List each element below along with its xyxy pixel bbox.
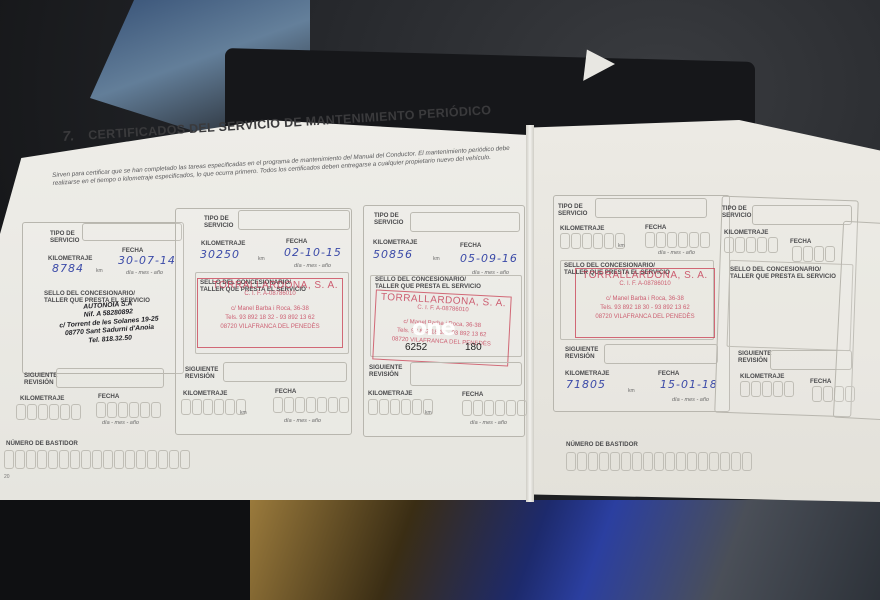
fecha-label: FECHA bbox=[645, 224, 666, 231]
km-unit: km bbox=[258, 256, 265, 262]
kilometraje-label: KILOMETRAJE bbox=[201, 240, 245, 247]
siguiente-revision-field bbox=[56, 368, 164, 388]
next-kilometraje-label: KILOMETRAJE bbox=[368, 390, 412, 397]
fecha-cells bbox=[792, 246, 835, 262]
page-number: 20 bbox=[4, 474, 10, 480]
kilometraje-cells bbox=[560, 233, 625, 249]
kilometraje-cells bbox=[724, 237, 778, 253]
next-fecha-label: FECHA bbox=[98, 393, 119, 400]
next-fecha-label: FECHA bbox=[462, 391, 483, 398]
kilometraje-value: 30250 bbox=[200, 248, 240, 261]
fecha-label: FECHA bbox=[460, 242, 481, 249]
next-kilometraje-cells bbox=[368, 399, 433, 415]
next-fecha-cells bbox=[96, 402, 161, 418]
sello-box bbox=[727, 260, 854, 351]
dealer-stamp: TORRALLARDONA, S. A. C. I. F. A-08786010… bbox=[575, 268, 715, 338]
next-kilometraje-label: KILOMETRAJE bbox=[565, 370, 609, 377]
siguiente-revision-field bbox=[410, 362, 522, 386]
next-fecha-cells bbox=[462, 400, 527, 416]
next-kilometraje-cells bbox=[740, 381, 794, 397]
siguiente-revision-field bbox=[604, 344, 718, 364]
date-format-hint: día - mes - año bbox=[658, 250, 695, 256]
tipo-servicio-field bbox=[238, 210, 350, 230]
numero-bastidor-cells bbox=[4, 450, 190, 469]
siguiente-revision-field bbox=[223, 362, 347, 382]
sello-label: SELLO DEL CONCESIONARIO/ TALLER QUE PRES… bbox=[375, 276, 481, 290]
date-format-hint: día - mes - año bbox=[284, 418, 321, 424]
kilometraje-label: KILOMETRAJE bbox=[373, 239, 417, 246]
next-kilometraje-cells bbox=[181, 399, 246, 415]
service-booklet: 7. CERTIFICADOS DEL SERVICIO DE MANTENIM… bbox=[0, 0, 880, 600]
tipo-servicio-label: TIPO DE SERVICIO bbox=[722, 205, 751, 219]
next-fecha-value: 15-01-18 bbox=[660, 378, 718, 391]
km-unit: km bbox=[240, 410, 247, 416]
watermark-right-number: 180 bbox=[465, 342, 482, 353]
next-fecha-cells bbox=[273, 397, 349, 413]
kilometraje-value: 8784 bbox=[52, 262, 84, 275]
siguiente-revision-label: SIGUIENTE REVISIÓN bbox=[185, 366, 218, 380]
date-format-hint: día - mes - año bbox=[102, 420, 139, 426]
kilometraje-label: KILOMETRAJE bbox=[724, 229, 768, 236]
siguiente-revision-label: SIGUIENTE REVISIÓN bbox=[24, 372, 57, 386]
fecha-value: 30-07-14 bbox=[118, 254, 176, 267]
next-kilometraje-cells bbox=[16, 404, 81, 420]
fecha-label: FECHA bbox=[286, 238, 307, 245]
fecha-value: 02-10-15 bbox=[284, 246, 342, 259]
section-number: 7. bbox=[62, 127, 75, 144]
km-unit: km bbox=[433, 256, 440, 262]
tipo-servicio-label: TIPO DE SERVICIO bbox=[50, 230, 79, 244]
km-unit: km bbox=[618, 243, 625, 249]
next-kilometraje-value: 71805 bbox=[566, 378, 606, 391]
fecha-label: FECHA bbox=[790, 238, 811, 245]
fecha-cells bbox=[645, 232, 710, 248]
next-fecha-label: FECHA bbox=[810, 378, 831, 385]
kilometraje-label: KILOMETRAJE bbox=[560, 225, 604, 232]
tipo-servicio-label: TIPO DE SERVICIO bbox=[374, 212, 403, 226]
tipo-servicio-label: TIPO DE SERVICIO bbox=[558, 203, 587, 217]
km-unit: km bbox=[628, 388, 635, 394]
next-kilometraje-label: KILOMETRAJE bbox=[20, 395, 64, 402]
tipo-servicio-field bbox=[752, 205, 852, 225]
km-unit: km bbox=[425, 410, 432, 416]
date-format-hint: día - mes - año bbox=[294, 263, 331, 269]
tipo-servicio-label: TIPO DE SERVICIO bbox=[204, 215, 233, 229]
kilometraje-value: 50856 bbox=[373, 248, 413, 261]
siguiente-revision-label: SIGUIENTE REVISIÓN bbox=[369, 364, 402, 378]
fecha-label: FECHA bbox=[122, 247, 143, 254]
watermark-left-number: 6252 bbox=[405, 342, 427, 353]
numero-bastidor-label: NÚMERO DE BASTIDOR bbox=[6, 440, 78, 447]
tipo-servicio-field bbox=[82, 223, 182, 241]
km-unit: km bbox=[96, 268, 103, 274]
date-format-hint: día - mes - año bbox=[470, 420, 507, 426]
booklet-spine bbox=[526, 125, 534, 502]
numero-bastidor-cells bbox=[566, 452, 752, 471]
next-kilometraje-label: KILOMETRAJE bbox=[740, 373, 784, 380]
numero-bastidor-label: NÚMERO DE BASTIDOR bbox=[566, 441, 638, 448]
tipo-servicio-field bbox=[410, 212, 520, 232]
siguiente-revision-label: SIGUIENTE REVISIÓN bbox=[565, 346, 598, 360]
date-format-hint: día - mes - año bbox=[126, 270, 163, 276]
next-fecha-label: FECHA bbox=[275, 388, 296, 395]
tipo-servicio-field bbox=[595, 198, 707, 218]
next-kilometraje-label: KILOMETRAJE bbox=[183, 390, 227, 397]
watermark-logo: one bbox=[412, 316, 455, 341]
siguiente-revision-label: SIGUIENTE REVISIÓN bbox=[738, 350, 771, 364]
kilometraje-label: KILOMETRAJE bbox=[48, 255, 92, 262]
date-format-hint: día - mes - año bbox=[672, 397, 709, 403]
next-fecha-label: FECHA bbox=[658, 370, 679, 377]
fecha-value: 05-09-16 bbox=[460, 252, 518, 265]
dealer-stamp: TORRALLARDONA, S. A. C. I. F. A-08786010… bbox=[197, 278, 343, 348]
